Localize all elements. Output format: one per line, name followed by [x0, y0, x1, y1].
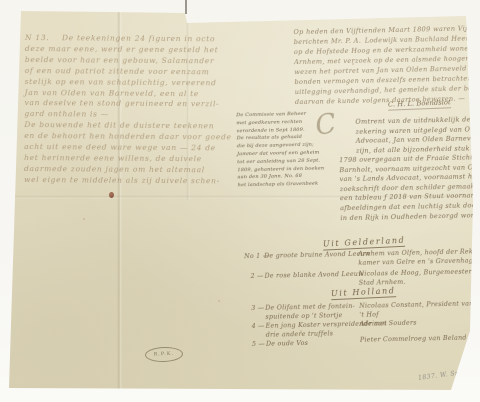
paper-sheet: N 13. De teekeningen 24 figuren in octod…	[0, 0, 480, 402]
handwriting-line: De oude Vos	[266, 340, 308, 350]
item-owner: Nicolaas Constant, President van't Hof	[359, 300, 474, 320]
item-owner: Adriaan Souders	[360, 320, 417, 330]
item-number: 5 —	[252, 341, 265, 348]
item-owner: Pieter Commelroeg van Beland	[360, 335, 467, 346]
item-title: De oude Vos	[266, 340, 308, 350]
second-paragraph-lower: 1798 overgegaan uit de Fraaie StichtingB…	[339, 153, 480, 223]
handwriting-line: Adriaan Souders	[360, 320, 417, 330]
section-header-holland: Uit Holland	[331, 286, 396, 300]
item-owner: Arnhem van Olfen, hoofd der Reken-kamer …	[358, 248, 480, 268]
handwriting-line: kamer van Gelre en 's Gravenhage.	[358, 257, 480, 268]
handwriting-line: De rose blanke Avond Leeuw	[265, 271, 364, 282]
marginal-note: De Commissie van Beheermet goedkeuren re…	[236, 111, 308, 190]
section-header-gelderland: Uit Gelderland	[323, 236, 406, 251]
item-number: 4 —	[252, 323, 265, 330]
signature: C. H. L. Boendslot	[388, 98, 451, 110]
handwriting-line: De groote bruine Avond Leeuw	[264, 251, 371, 262]
second-paragraph-upper: Omtrent van de uitdrukkelijk der Ver-zek…	[355, 115, 480, 157]
item-title: De Olifant met de fontein-spuitende op '…	[265, 303, 355, 322]
item-owner: Nicolaas de Hoog, Burgemeester derStad A…	[358, 268, 480, 288]
wax-seal-dot	[109, 192, 114, 198]
hanging-thread	[185, 0, 187, 14]
item-number: 3 —	[251, 305, 264, 312]
handwriting-line: Pieter Commelroeg van Beland	[360, 335, 467, 346]
item-number: 2 —	[251, 273, 264, 280]
handwriting-line: het landschap als Gravenbeek	[238, 181, 308, 190]
notary-paragraph: Op heden den Vijftienden Maart 1809 ware…	[293, 23, 467, 107]
photograph-background: N 13. De teekeningen 24 figuren in octod…	[0, 0, 480, 402]
right-page: Op heden den Vijftienden Maart 1809 ware…	[0, 0, 480, 402]
stamp-text: R.P.K.	[154, 352, 175, 358]
item-title: De rose blanke Avond Leeuw	[265, 271, 364, 282]
drop-cap-flourish: C	[313, 108, 338, 142]
item-title: De groote bruine Avond Leeuw	[264, 251, 371, 262]
